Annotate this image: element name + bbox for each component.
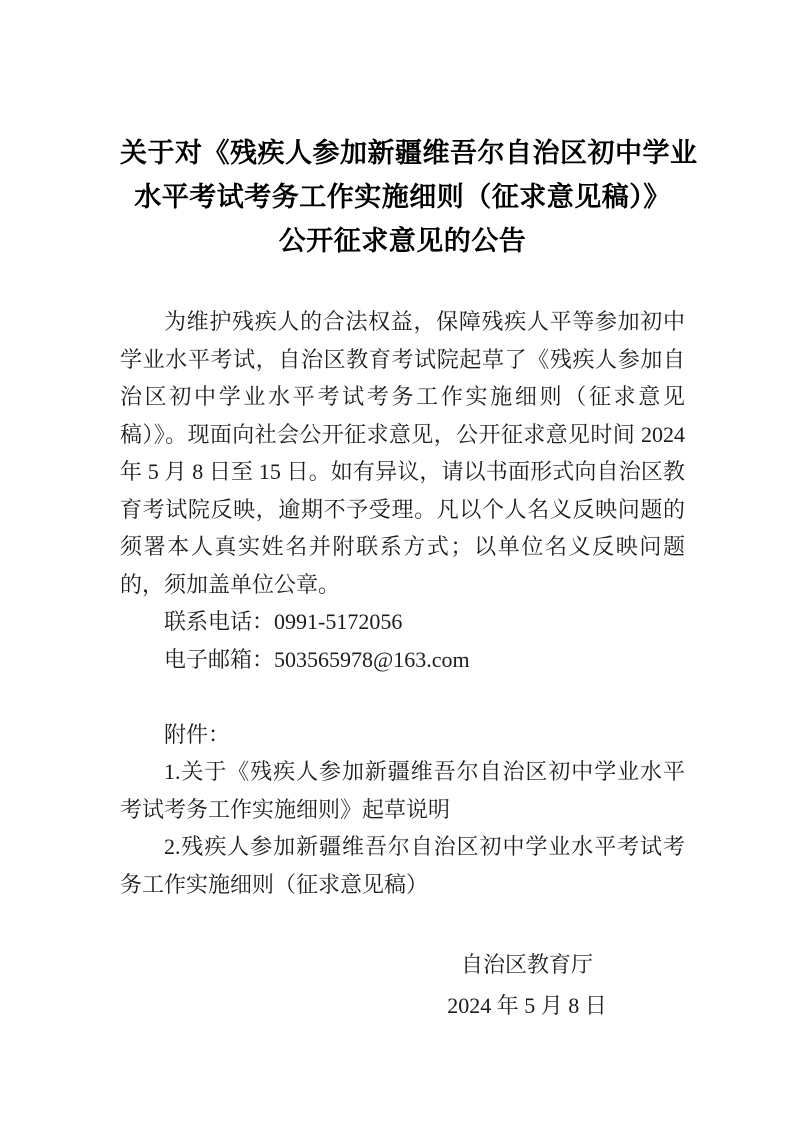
contact-email-address: 503565978@163.com bbox=[274, 647, 470, 672]
contact-phone-number: 0991-5172056 bbox=[274, 609, 402, 634]
title-line-1: 关于对《残疾人参加新疆维吾尔自治区初中学业 bbox=[120, 131, 685, 175]
body-paragraph: 为维护残疾人的合法权益，保障残疾人平等参加初中学业水平考试，自治区教育考试院起草… bbox=[120, 303, 685, 603]
contact-email-line: 电子邮箱：503565978@163.com bbox=[120, 641, 685, 679]
signature-block: 自治区教育厅 2024 年 5 月 8 日 bbox=[397, 946, 657, 1024]
document-page: 关于对《残疾人参加新疆维吾尔自治区初中学业 水平考试考务工作实施细则（征求意见稿… bbox=[0, 0, 793, 1122]
attachments-label: 附件： bbox=[120, 716, 685, 754]
attachment-item-1: 1.关于《残疾人参加新疆维吾尔自治区初中学业水平考试考务工作实施细则》起草说明 bbox=[120, 753, 685, 828]
signature-organization: 自治区教育厅 bbox=[397, 946, 657, 984]
title-line-3: 公开征求意见的公告 bbox=[120, 219, 685, 263]
document-title: 关于对《残疾人参加新疆维吾尔自治区初中学业 水平考试考务工作实施细则（征求意见稿… bbox=[120, 131, 685, 263]
contact-phone-label: 联系电话： bbox=[164, 609, 274, 634]
title-line-2: 水平考试考务工作实施细则（征求意见稿）》 bbox=[120, 175, 685, 219]
signature-date: 2024 年 5 月 8 日 bbox=[397, 987, 657, 1025]
contact-email-label: 电子邮箱： bbox=[164, 647, 274, 672]
attachment-item-2: 2.残疾人参加新疆维吾尔自治区初中学业水平考试考务工作实施细则（征求意见稿） bbox=[120, 828, 685, 903]
contact-phone-line: 联系电话：0991-5172056 bbox=[120, 603, 685, 641]
document-content: 关于对《残疾人参加新疆维吾尔自治区初中学业 水平考试考务工作实施细则（征求意见稿… bbox=[0, 0, 793, 1122]
